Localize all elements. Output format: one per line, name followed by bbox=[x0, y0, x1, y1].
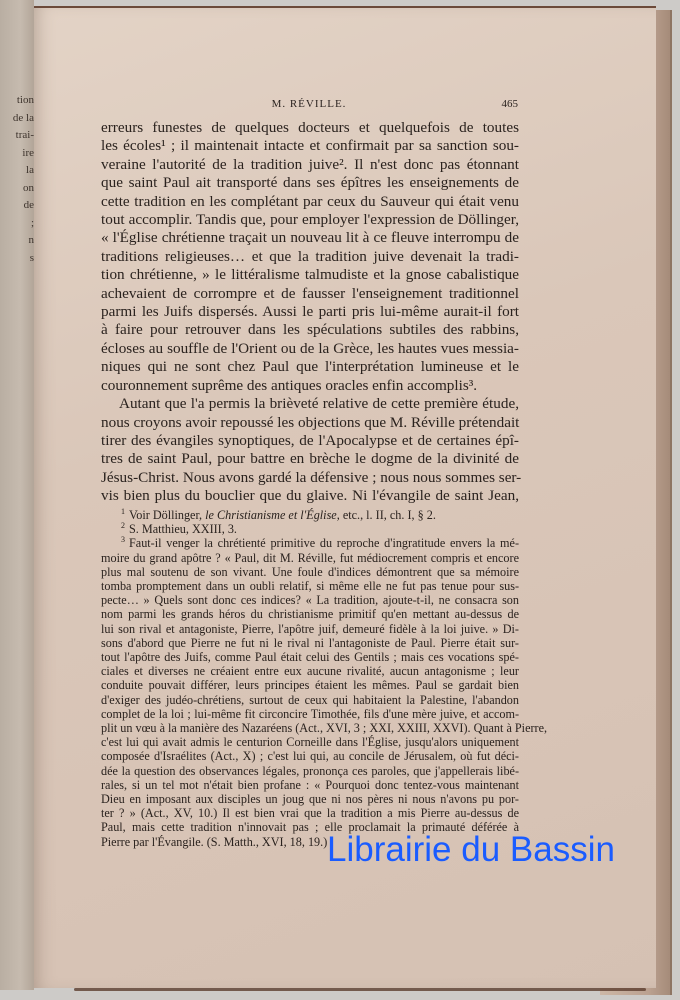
footnote-3-line: d'exiger des judéo-chrétiens, surtout de… bbox=[101, 693, 519, 707]
text-line: vis bien plus du bouclier que du glaive.… bbox=[101, 487, 519, 505]
footnote-number: 3 bbox=[121, 535, 125, 544]
text-line: que saint Paul ait transporté dans ses é… bbox=[101, 174, 519, 192]
footnote-text: S. Matthieu, XXIII, 3. bbox=[129, 522, 237, 536]
footnote-number: 1 bbox=[121, 507, 125, 516]
text-line: tres de saint Paul, pour battre en brèch… bbox=[101, 450, 519, 468]
text-line: niques qui ne sont chez Paul que l'inter… bbox=[101, 358, 519, 376]
footnote-italic-title: le Christianisme et l'Église, bbox=[205, 508, 340, 522]
footnote-3-line: plit un vœu à la manière des Nazaréens (… bbox=[101, 721, 519, 735]
footnote-3-line: rales, si un tel mot n'était bien profan… bbox=[101, 778, 519, 792]
running-title: M. RÉVILLE. bbox=[100, 98, 518, 110]
seller-watermark: Librairie du Bassin bbox=[327, 830, 615, 870]
facing-page-edge: tion de la trai- ire la on de ; n s bbox=[0, 0, 34, 990]
margin-fragment: trai- bbox=[4, 127, 34, 145]
facing-page-text-fragments: tion de la trai- ire la on de ; n s bbox=[4, 92, 34, 267]
text-line: veraine l'autorité de la tradition juive… bbox=[101, 156, 519, 174]
margin-fragment: de la bbox=[4, 110, 34, 128]
margin-fragment: s bbox=[4, 250, 34, 268]
footnote-2: 2S. Matthieu, XXIII, 3. bbox=[101, 522, 519, 536]
margin-fragment: tion bbox=[4, 92, 34, 110]
footnote-3-line: c'est lui qui avait admis le centurion C… bbox=[101, 735, 519, 749]
paragraph-2: Autant que l'a permis la brièveté relati… bbox=[101, 395, 519, 505]
footnote-3-line: plus mal soutenu de son vivant. Une foul… bbox=[101, 565, 519, 579]
footnote-3-line: Dieu en imposant aux disciples un joug q… bbox=[101, 792, 519, 806]
footnote-3-line: ter ? » (Act., XV, 10.) Il est bien vrai… bbox=[101, 806, 519, 820]
footnote-3-line: sons d'abord que Pierre ne fut ni le riv… bbox=[101, 636, 519, 650]
footnote-3-line: nom parmi les grands héros du christiani… bbox=[101, 607, 519, 621]
margin-fragment: la bbox=[4, 162, 34, 180]
footnote-3-line: lui son rival et antagoniste, Pierre, l'… bbox=[101, 622, 519, 636]
margin-fragment: ; bbox=[4, 215, 34, 233]
main-text: erreurs funestes de quelques docteurs et… bbox=[101, 119, 519, 506]
text-line: tion chrétienne, » le littéralisme talmu… bbox=[101, 266, 519, 284]
text-line: écloses au souffle de l'Orient ou de la … bbox=[101, 340, 519, 358]
text-line: erreurs funestes de quelques docteurs et… bbox=[101, 119, 519, 137]
footnote-3-line: tomba promptement dans un oubli relatif,… bbox=[101, 579, 519, 593]
text-line: « l'Église chrétienne traçait un nouveau… bbox=[101, 229, 519, 247]
footnote-3-line: complet de la loi ; lui-même fit circonc… bbox=[101, 707, 519, 721]
page-number: 465 bbox=[502, 98, 519, 110]
text-line: couronnement suprême des antiques oracle… bbox=[101, 377, 519, 395]
text-line: à faire pour retrouver dans les spéculat… bbox=[101, 321, 519, 339]
text-line: traditions religieuses… et que la tradit… bbox=[101, 248, 519, 266]
page-bottom-edge bbox=[74, 988, 646, 991]
text-line: tirer des évangiles synoptiques, de l'Ap… bbox=[101, 432, 519, 450]
footnote-3-line: moire du grand apôtre ? « Paul, dit M. R… bbox=[101, 551, 519, 565]
text-line: achevaient de corrompre et de fausser l'… bbox=[101, 285, 519, 303]
text-line: les écoles¹ ; il maintenait intacte et c… bbox=[101, 137, 519, 155]
footnote-text: Faut-il venger la chrétienté primitive d… bbox=[129, 536, 519, 550]
text-line: nous croyons avoir repoussé les objectio… bbox=[101, 414, 519, 432]
footnote-3-line: tout l'apôtre des Juifs, comme Paul étai… bbox=[101, 650, 519, 664]
margin-fragment: ire bbox=[4, 145, 34, 163]
footnotes: 1Voir Döllinger, le Christianisme et l'É… bbox=[101, 508, 519, 849]
footnote-3-line: pecte… » Quels sont donc ces indices? « … bbox=[101, 593, 519, 607]
footnote-text: Voir Döllinger, bbox=[129, 508, 205, 522]
text-line: Autant que l'a permis la brièveté relati… bbox=[101, 395, 519, 413]
footnote-3-line: dée la question des observances légales,… bbox=[101, 764, 519, 778]
footnote-1: 1Voir Döllinger, le Christianisme et l'É… bbox=[101, 508, 519, 522]
footnote-3-line: composée d'Israélites (Act., X) ; c'est … bbox=[101, 749, 519, 763]
paragraph-1: erreurs funestes de quelques docteurs et… bbox=[101, 119, 519, 395]
text-line: cette tradition en les complétant par ce… bbox=[101, 193, 519, 211]
footnote-3-line: conduite pouvait différer, leurs princip… bbox=[101, 678, 519, 692]
margin-fragment: n bbox=[4, 232, 34, 250]
margin-fragment: de bbox=[4, 197, 34, 215]
text-line: tout accomplir. Tandis que, pour employe… bbox=[101, 211, 519, 229]
footnote-3-line: 3Faut-il venger la chrétienté primitive … bbox=[101, 536, 519, 550]
text-line: Jésus-Christ. Nous avons gardé la défens… bbox=[101, 469, 519, 487]
footnote-3-line: ciales et diverses ne créaient entre eux… bbox=[101, 664, 519, 678]
footnote-text: etc., l. II, ch. I, § 2. bbox=[340, 508, 436, 522]
margin-fragment: on bbox=[4, 180, 34, 198]
text-line: parmi les Juifs dispersés. Aussi le part… bbox=[101, 303, 519, 321]
footnote-number: 2 bbox=[121, 521, 125, 530]
